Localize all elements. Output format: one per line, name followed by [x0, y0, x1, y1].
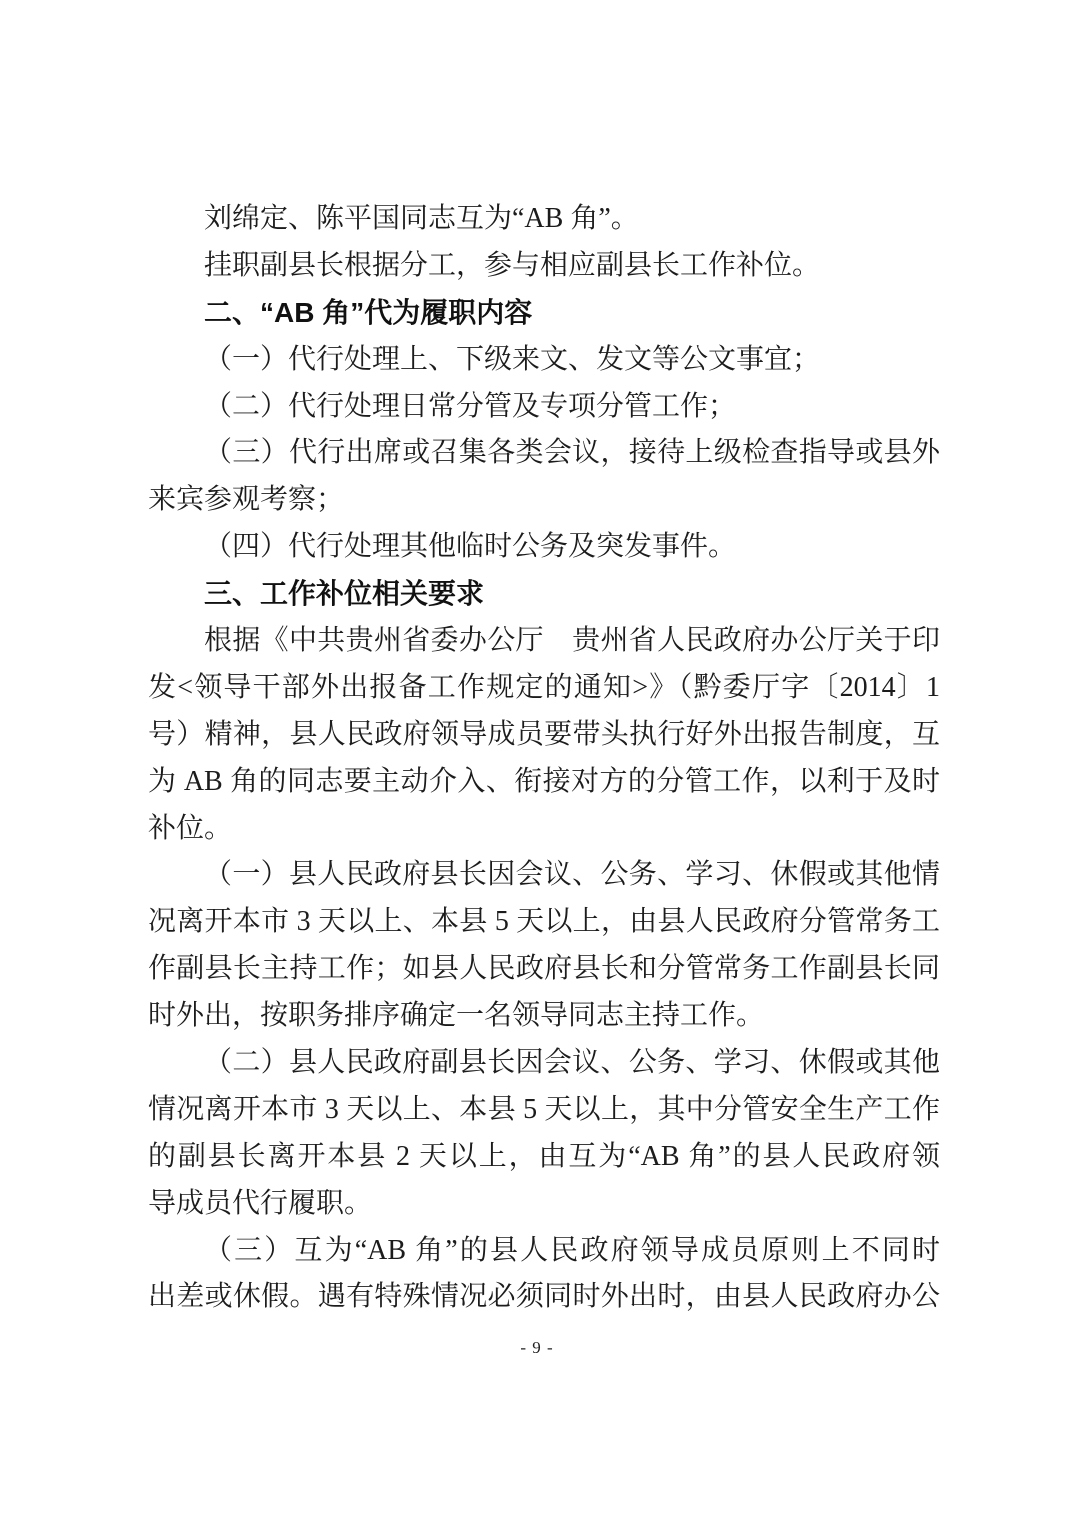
text-line: 况离开本市 3 天以上、本县 5 天以上，由县人民政府分管常务工 [148, 899, 940, 946]
text-line: （一）代行处理上、下级来文、发文等公文事宜； [148, 337, 940, 384]
document-page: 刘绵定、陈平国同志互为“AB 角”。挂职副县长根据分工，参与相应副县长工作补位。… [0, 0, 1074, 1520]
text-line: 出差或休假。遇有特殊情况必须同时外出时，由县人民政府办公 [148, 1274, 940, 1321]
text-line: （二）县人民政府副县长因会议、公务、学习、休假或其他 [148, 1040, 940, 1087]
text-line: 情况离开本市 3 天以上、本县 5 天以上，其中分管安全生产工作 [148, 1087, 940, 1134]
text-line: 号）精神，县人民政府领导成员要带头执行好外出报告制度，互 [148, 712, 940, 759]
text-line: 刘绵定、陈平国同志互为“AB 角”。 [148, 196, 940, 243]
section-heading: 二、“AB 角”代为履职内容 [148, 290, 940, 337]
text-line: （三）代行出席或召集各类会议，接待上级检查指导或县外 [148, 430, 940, 477]
text-line: （一）县人民政府县长因会议、公务、学习、休假或其他情 [148, 852, 940, 899]
text-line: （三）互为“AB 角”的县人民政府领导成员原则上不同时 [148, 1228, 940, 1275]
text-line: 的副县长离开本县 2 天以上，由互为“AB 角”的县人民政府领 [148, 1134, 940, 1181]
text-line: （四）代行处理其他临时公务及突发事件。 [148, 524, 940, 571]
document-body: 刘绵定、陈平国同志互为“AB 角”。挂职副县长根据分工，参与相应副县长工作补位。… [148, 196, 940, 1321]
text-line: 来宾参观考察； [148, 477, 940, 524]
text-line: 补位。 [148, 806, 940, 853]
text-line: 根据《中共贵州省委办公厅 贵州省人民政府办公厅关于印 [148, 618, 940, 665]
text-line: 导成员代行履职。 [148, 1181, 940, 1228]
section-heading: 三、工作补位相关要求 [148, 571, 940, 618]
text-line: 作副县长主持工作；如县人民政府县长和分管常务工作副县长同 [148, 946, 940, 993]
text-line: 为 AB 角的同志要主动介入、衔接对方的分管工作，以利于及时 [148, 759, 940, 806]
text-line: 时外出，按职务排序确定一名领导同志主持工作。 [148, 993, 940, 1040]
text-line: 挂职副县长根据分工，参与相应副县长工作补位。 [148, 243, 940, 290]
page-number: - 9 - [0, 1338, 1074, 1358]
text-line: （二）代行处理日常分管及专项分管工作； [148, 384, 940, 431]
text-line: 发<领导干部外出报备工作规定的通知>》（黔委厅字〔2014〕1 [148, 665, 940, 712]
